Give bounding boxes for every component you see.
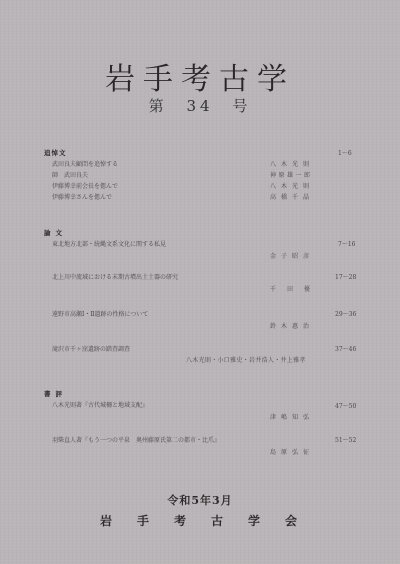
toc-item-author: 高橋千晶 — [270, 192, 314, 201]
toc-item-pages: 51～52 — [335, 435, 356, 444]
toc-item-author: 八木光則 — [270, 181, 314, 190]
toc-item-author: 八木光則 — [270, 159, 314, 168]
section-heading-memorial: 追悼文 — [44, 148, 67, 157]
toc-item-author: 金子昭彦 — [270, 251, 314, 260]
toc-item-title: 師 武田良夫 — [52, 170, 88, 179]
toc-item-title: 東北地方北部・続縄文系文化に関する私見 — [52, 239, 166, 248]
toc-item-author: 津嶋知弘 — [270, 412, 314, 421]
toc-item-author: 鈴木惠治 — [270, 321, 314, 330]
toc-item-pages: 29～36 — [335, 309, 356, 318]
section-heading-papers: 論文 — [44, 228, 67, 237]
toc-item-title: 北上川中流域における末期古墳出土土器の研究 — [52, 272, 178, 281]
toc-item-author: 八木光則・小口雅史・岩井浩人・井上雅孝 — [186, 355, 306, 364]
section-pages: 1～6 — [338, 148, 352, 157]
toc-item-title: 遠野市高瀬Ⅰ・Ⅱ遺跡の性格について — [52, 309, 148, 318]
toc-item-title: 伊藤博幸さんを偲んで — [52, 192, 112, 201]
toc-item-pages: 47～50 — [335, 401, 356, 410]
toc-item-title: 伊藤博幸前会長を偲んで — [52, 181, 118, 190]
toc-item-title: 武田良夫顧問を追悼する — [52, 159, 118, 168]
publication-date: 令和5年3月 — [0, 492, 400, 508]
toc-item-title: 羽柴直人著『もう一つの平泉 奥州藤原氏第二の都市・比爪』 — [52, 435, 220, 444]
toc-item-author: 千田優 — [270, 284, 321, 293]
toc-item-pages: 7～16 — [338, 239, 355, 248]
section-heading-reviews: 書評 — [44, 389, 67, 398]
toc-item-title: 滝沢市千ヶ窪遺跡の踏査調査 — [52, 344, 130, 353]
toc-item-author: 神原雄一郎 — [270, 170, 313, 179]
publisher-name: 岩手考古学会 — [0, 512, 400, 529]
journal-cover: 岩手考古学 第 34 号 追悼文 1～6 武田良夫顧問を追悼する 八木光則 師 … — [0, 0, 400, 564]
table-of-contents: 追悼文 1～6 武田良夫顧問を追悼する 八木光則 師 武田良夫 神原雄一郎 伊藤… — [0, 0, 400, 564]
toc-item-pages: 17～28 — [335, 272, 356, 281]
toc-item-author: 島原弘征 — [270, 447, 314, 456]
toc-item-pages: 37～46 — [335, 344, 356, 353]
toc-item-title: 八木光則著『古代城柵と地域支配』 — [52, 400, 148, 409]
